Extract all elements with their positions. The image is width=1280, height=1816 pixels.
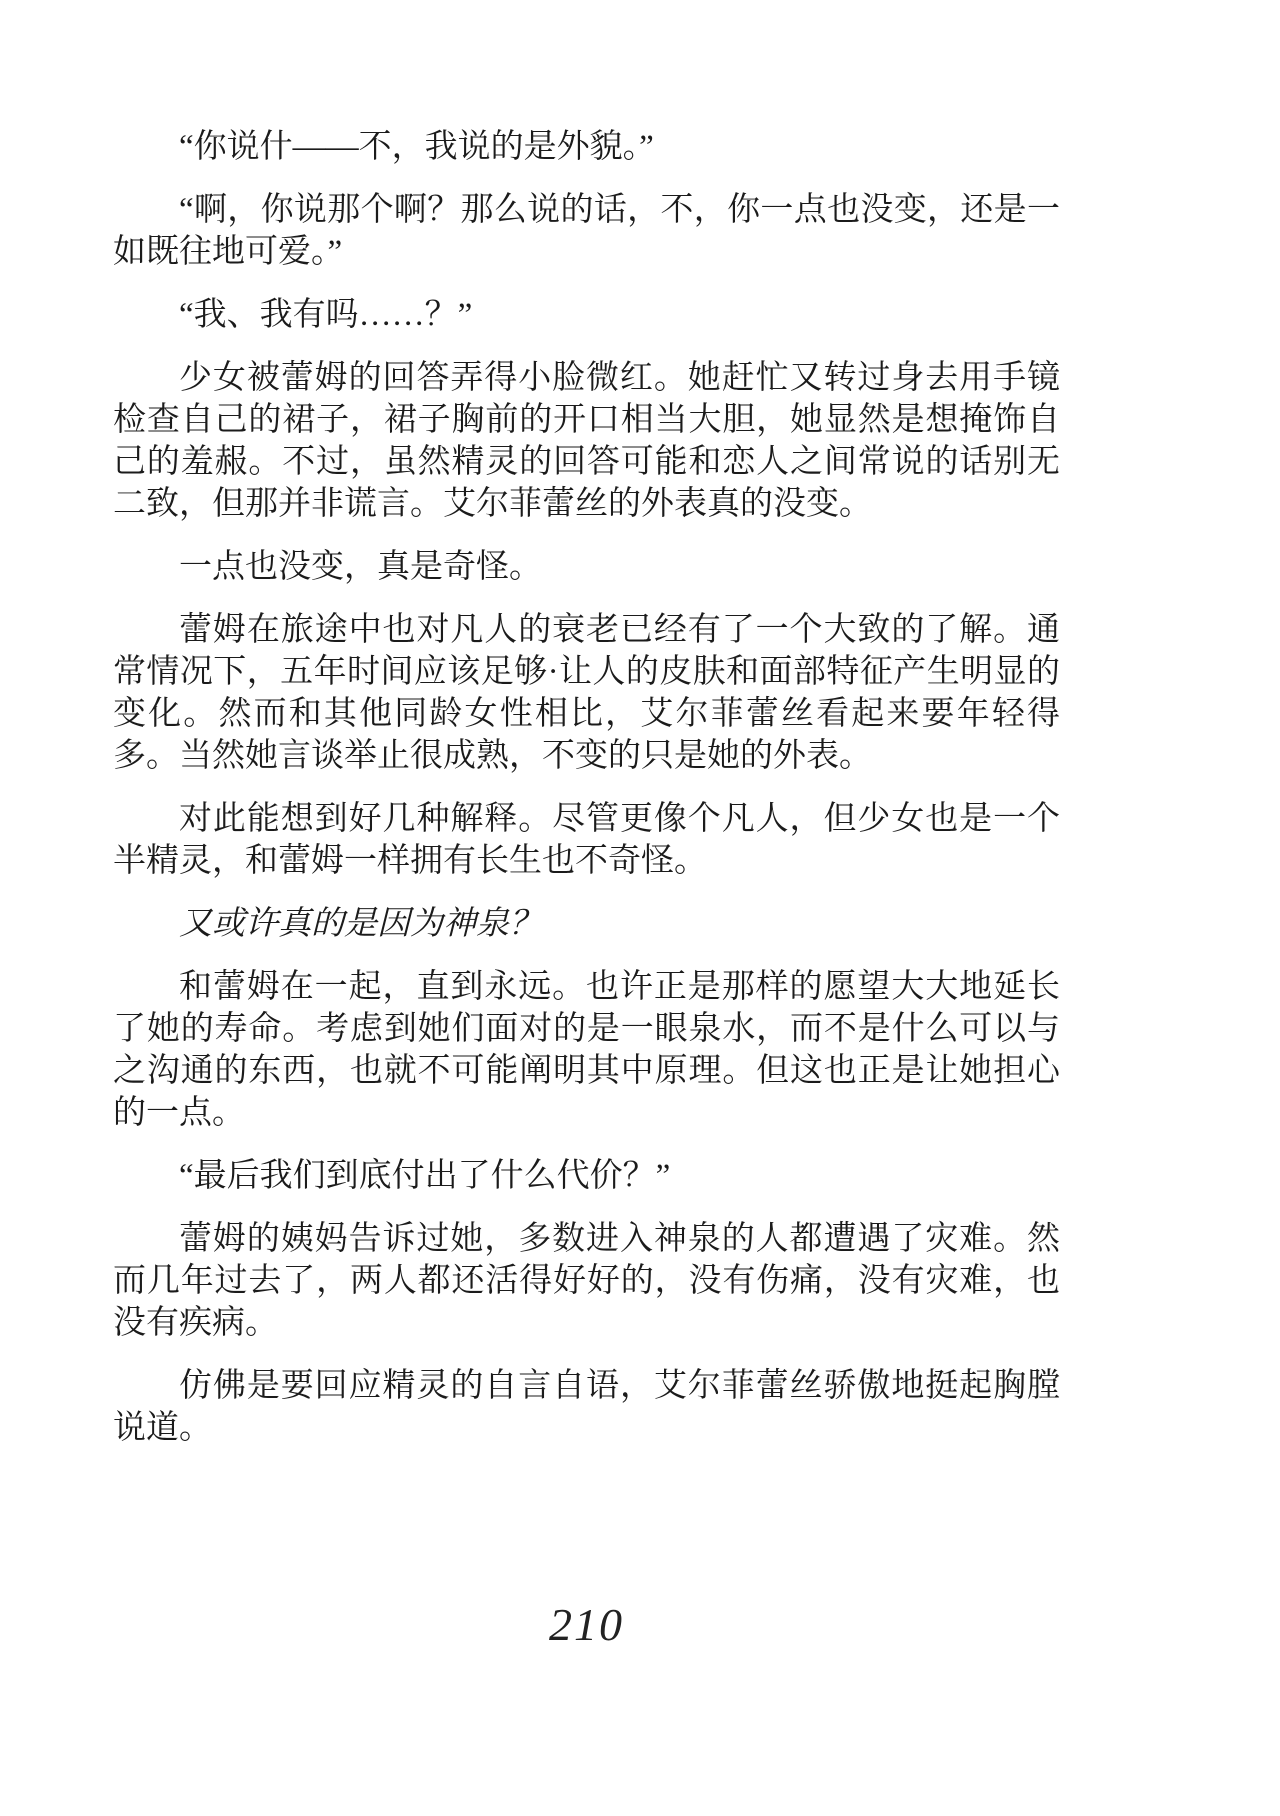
paragraph: 和蕾姆在一起，直到永远。也许正是那样的愿望大大地延长了她的寿命。考虑到她们面对的… (113, 966, 1060, 1134)
dialogue-paragraph: “啊，你说那个啊？那么说的话，不，你一点也没变，还是一如既往地可爱。” (113, 189, 1060, 273)
paragraph: 少女被蕾姆的回答弄得小脸微红。她赶忙又转过身去用手镜检查自己的裙子，裙子胸前的开… (113, 357, 1060, 525)
paragraph: 蕾姆在旅途中也对凡人的衰老已经有了一个大致的了解。通常情况下，五年时间应该足够·… (113, 609, 1060, 777)
paragraph: 仿佛是要回应精灵的自言自语，艾尔菲蕾丝骄傲地挺起胸膛说道。 (113, 1365, 1060, 1449)
dialogue-paragraph: “我、我有吗……？” (113, 294, 1060, 336)
page-text-block: “你说什——不，我说的是外貌。”“啊，你说那个啊？那么说的话，不，你一点也没变，… (113, 126, 1060, 1470)
dialogue-paragraph: “最后我们到底付出了什么代价？” (113, 1155, 1060, 1197)
dialogue-paragraph: “你说什——不，我说的是外貌。” (113, 126, 1060, 168)
page-number: 210 (113, 1598, 1060, 1651)
paragraph: 一点也没变，真是奇怪。 (113, 546, 1060, 588)
book-page: “你说什——不，我说的是外貌。”“啊，你说那个啊？那么说的话，不，你一点也没变，… (0, 0, 1280, 1816)
paragraph: 蕾姆的姨妈告诉过她，多数进入神泉的人都遭遇了灾难。然而几年过去了，两人都还活得好… (113, 1218, 1060, 1344)
paragraph: 对此能想到好几种解释。尽管更像个凡人，但少女也是一个半精灵，和蕾姆一样拥有长生也… (113, 798, 1060, 882)
thought-paragraph: 又或许真的是因为神泉？ (113, 903, 1060, 945)
